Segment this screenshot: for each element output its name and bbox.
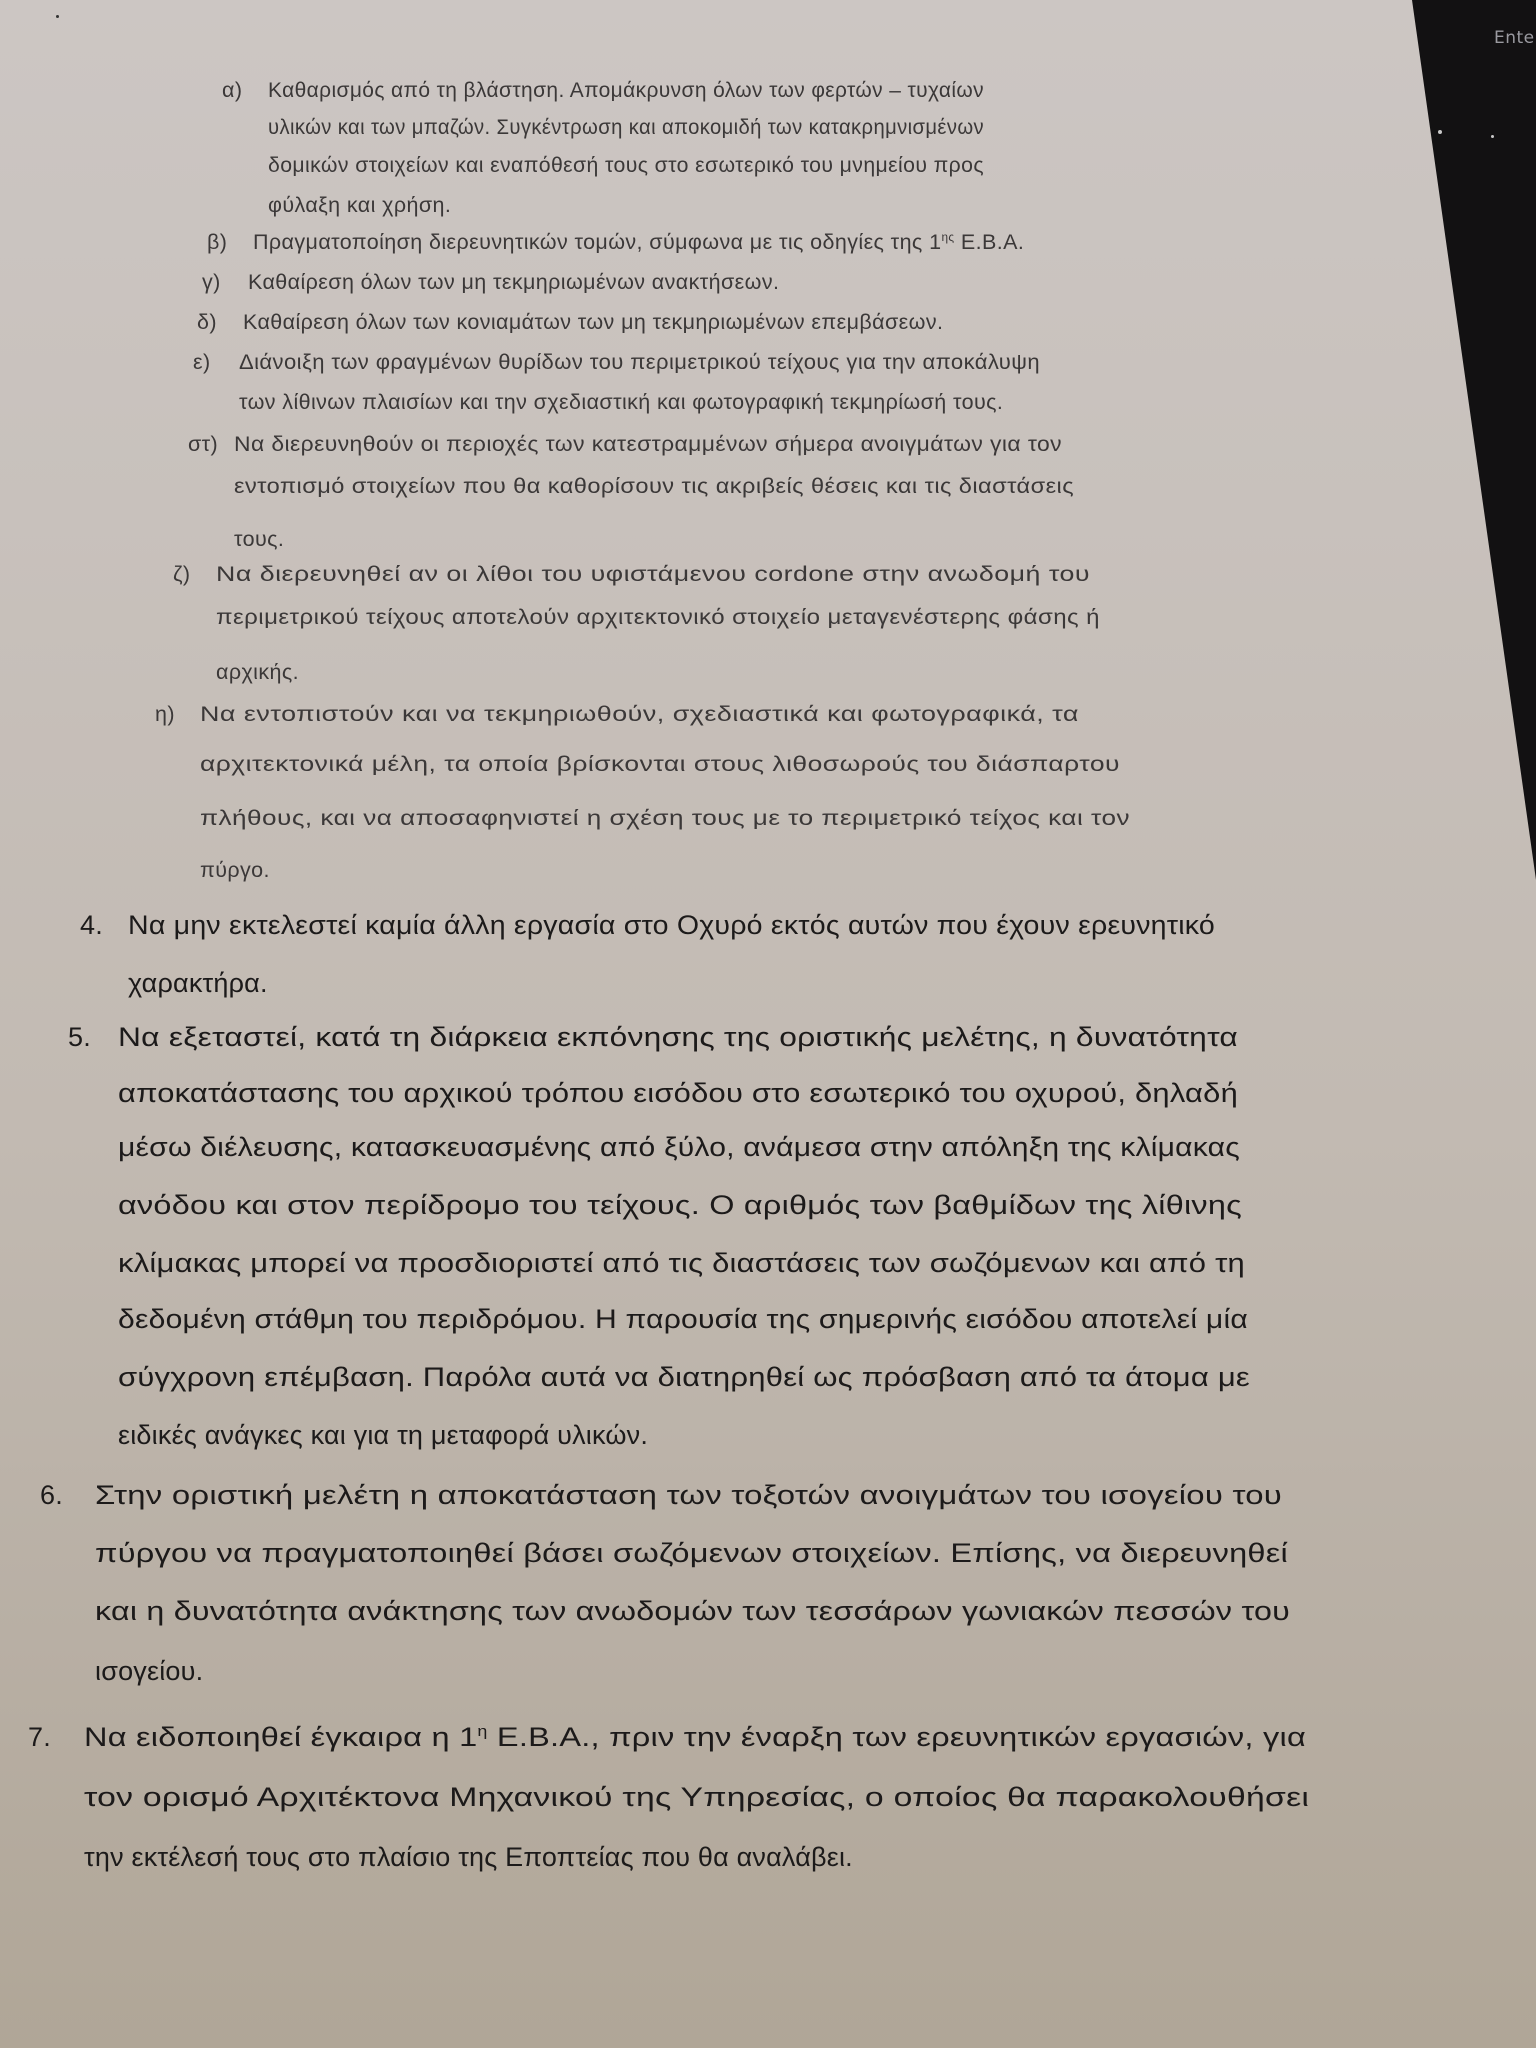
- main_item-line: ειδικές ανάγκες και για τη μεταφορά υλικ…: [118, 1420, 648, 1451]
- sub_item-line: δομικών στοιχείων και εναπόθεσή τους στο…: [268, 153, 984, 178]
- sub_item-marker: στ): [188, 432, 218, 457]
- main_item-line: χαρακτήρα.: [128, 968, 268, 999]
- main_item-marker: 6.: [40, 1480, 63, 1511]
- sub_item-line: περιμετρικού τείχους αποτελούν αρχιτεκτο…: [216, 605, 1100, 630]
- sub_item-line: Διάνοιξη των φραγμένων θυρίδων του περιμ…: [239, 350, 1040, 375]
- sub_item-marker: ε): [193, 350, 211, 375]
- main_item-line: Να ειδοποιηθεί έγκαιρα η 1η Ε.Β.Α., πριν…: [84, 1722, 1306, 1753]
- main_item-line: την εκτέλεσή τους στο πλαίσιο της Εποπτε…: [84, 1842, 853, 1873]
- sub_item-marker: δ): [197, 310, 217, 335]
- sub_item-line: Καθαίρεση όλων των μη τεκμηριωμένων ανακ…: [248, 270, 779, 295]
- light-speck: [1491, 135, 1494, 138]
- sub_item-line: τους.: [234, 527, 284, 552]
- main_item-marker: 7.: [28, 1722, 51, 1753]
- ordinal-superscript: η: [477, 1724, 487, 1740]
- sub_item-line: φύλαξη και χρήση.: [268, 193, 451, 218]
- sub_item-line: Να εντοπιστούν και να τεκμηριωθούν, σχεδ…: [200, 702, 1079, 727]
- main_item-line: πύργου να πραγματοποιηθεί βάσει σωζόμενω…: [95, 1538, 1288, 1569]
- main_item-line: κλίμακας μπορεί να προσδιοριστεί από τις…: [118, 1248, 1245, 1279]
- sub_item-line: αρχιτεκτονικά μέλη, τα οποία βρίσκονται …: [200, 752, 1120, 777]
- sub_item-marker: ζ): [173, 562, 190, 587]
- main_item-line: Να μην εκτελεστεί καμία άλλη εργασία στο…: [128, 910, 1215, 941]
- sub_item-line: Καθαρισμός από τη βλάστηση. Απομάκρυνση …: [268, 78, 984, 103]
- main_item-line: και η δυνατότητα ανάκτησης των ανωδομών …: [95, 1596, 1290, 1627]
- light-speck: [1438, 130, 1442, 134]
- main_item-line: ισογείου.: [95, 1656, 203, 1687]
- main_item-line: Στην οριστική μελέτη η αποκατάσταση των …: [95, 1480, 1282, 1511]
- sub_item-marker: γ): [202, 270, 221, 295]
- sub_item-marker: α): [222, 78, 242, 103]
- sub_item-line: Να διερευνηθεί αν οι λίθοι του υφιστάμεν…: [216, 562, 1090, 587]
- background-screen-label: Ente: [1494, 28, 1535, 48]
- sub_item-line: Πραγματοποίηση διερευνητικών τομών, σύμφ…: [253, 230, 1024, 255]
- sub_item-marker: β): [207, 230, 227, 255]
- sub_item-line: Να διερευνηθούν οι περιοχές των κατεστρα…: [234, 432, 1062, 457]
- main_item-line: σύγχρονη επέμβαση. Παρόλα αυτά να διατηρ…: [118, 1362, 1250, 1393]
- main_item-line: τον ορισμό Αρχιτέκτονα Μηχανικού της Υπη…: [84, 1782, 1309, 1813]
- sub_item-marker: η): [155, 702, 175, 727]
- sub_item-line: πύργο.: [200, 858, 270, 883]
- sub_item-line: υλικών και των μπαζών. Συγκέντρωση και α…: [268, 115, 984, 140]
- main_item-line: δεδομένη στάθμη του περιδρόμου. Η παρουσ…: [118, 1304, 1248, 1335]
- sub_item-line: Καθαίρεση όλων των κονιαμάτων των μη τεκ…: [243, 310, 943, 335]
- paper-speck: [56, 15, 59, 18]
- sub_item-line: πλήθους, και να αποσαφηνιστεί η σχέση το…: [200, 806, 1130, 831]
- sub_item-line: των λίθινων πλαισίων και την σχεδιαστική…: [239, 390, 1003, 415]
- main_item-marker: 5.: [68, 1022, 91, 1053]
- main_item-line: Να εξεταστεί, κατά τη διάρκεια εκπόνησης…: [118, 1022, 1238, 1053]
- document-page: α)Καθαρισμός από τη βλάστηση. Απομάκρυνσ…: [0, 0, 1536, 2048]
- main_item-line: αποκατάστασης του αρχικού τρόπου εισόδου…: [118, 1078, 1238, 1109]
- sub_item-line: εντοπισμό στοιχείων που θα καθορίσουν τι…: [234, 474, 1074, 499]
- ordinal-superscript: ης: [941, 230, 954, 244]
- main_item-line: μέσω διέλευσης, κατασκευασμένης από ξύλο…: [118, 1132, 1240, 1163]
- main_item-line: ανόδου και στον περίδρομο του τείχους. Ο…: [118, 1190, 1242, 1221]
- sub_item-line: αρχικής.: [216, 660, 299, 685]
- main_item-marker: 4.: [80, 910, 103, 941]
